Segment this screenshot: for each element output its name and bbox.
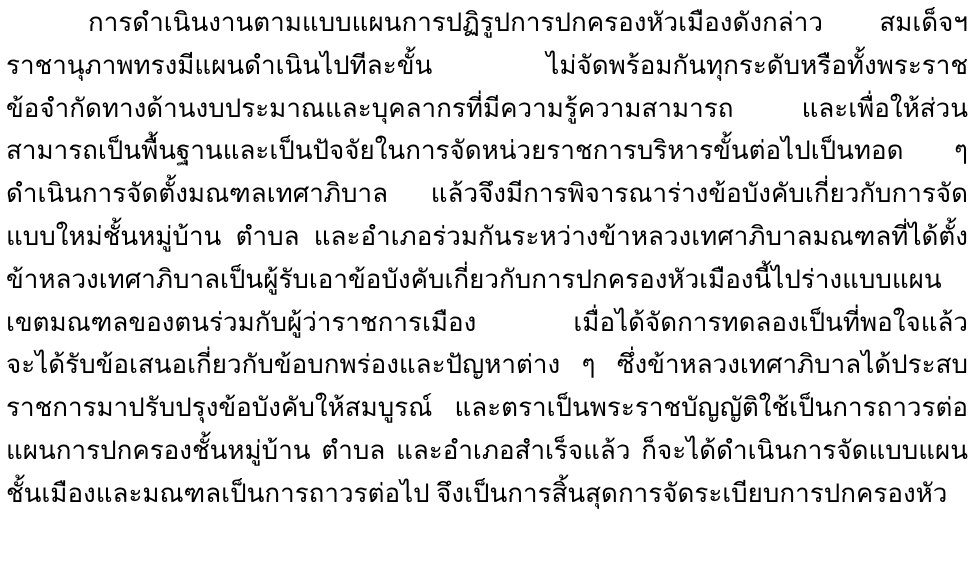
paragraph-line: การดำเนินงานตามแบบแผนการปฏิรูปการปกครองห… [6, 2, 968, 45]
document-page: การดำเนินงานตามแบบแผนการปฏิรูปการปกครองห… [0, 0, 976, 568]
paragraph-line: ราชานุภาพทรงมีแผนดำเนินไปทีละขั้น ไม่จัด… [6, 45, 968, 88]
paragraph-line: แบบใหม่ชั้นหมู่บ้าน ตำบล และอำเภอร่วมกัน… [6, 216, 968, 259]
paragraph-line: ชั้นเมืองและมณฑลเป็นการถาวรต่อไป จึงเป็น… [6, 473, 968, 516]
paragraph-line: ข้อจำกัดทางด้านงบประมาณและบุคลากรที่มีคว… [6, 88, 968, 131]
paragraph-line: ดำเนินการจัดตั้งมณฑลเทศาภิบาล แล้วจึงมีก… [6, 173, 968, 216]
paragraph-line: สามารถเป็นพื้นฐานและเป็นปัจจัยในการจัดหน… [6, 130, 968, 173]
paragraph-line: ข้าหลวงเทศาภิบาลเป็นผู้รับเอาข้อบังคับเก… [6, 259, 968, 302]
paragraph-line: เขตมณฑลของตนร่วมกับผู้ว่าราชการเมือง เมื… [6, 302, 968, 345]
paragraph-line: ราชการมาปรับปรุงข้อบังคับให้สมบูรณ์ และต… [6, 387, 968, 430]
paragraph-line: แผนการปกครองชั้นหมู่บ้าน ตำบล และอำเภอสำ… [6, 430, 968, 473]
paragraph-line: จะได้รับข้อเสนอเกี่ยวกับข้อบกพร่องและปัญ… [6, 344, 968, 387]
paragraph-line-text: ชั้นเมืองและมณฑลเป็นการถาวรต่อไป จึงเป็น… [6, 479, 947, 516]
